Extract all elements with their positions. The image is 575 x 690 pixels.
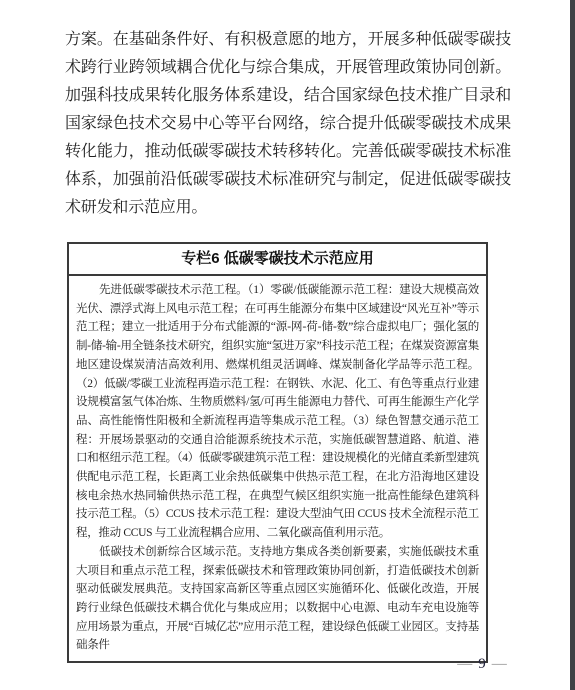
panel-paragraph-2: 低碳技术创新综合区域示范。支持地方集成各类创新要素，实施低碳技术重大项目和重点示… <box>76 543 479 655</box>
page-footer: —9— <box>452 656 512 673</box>
page-number-dash-right: — <box>492 656 507 672</box>
body-paragraph: 方案。在基础条件好、有积极意愿的地方，开展多种低碳零碳技术跨行业跨领域耦合优化与… <box>65 26 511 222</box>
page-edge-bar <box>570 0 575 690</box>
page-number: 9 <box>478 656 486 672</box>
panel-paragraph-1: 先进低碳零碳技术示范工程。（1）零碳/低碳能源示范工程：建设大规模高效光伏、漂浮… <box>76 281 479 543</box>
page-number-dash-left: — <box>457 656 472 672</box>
document-page: 方案。在基础条件好、有积极意愿的地方，开展多种低碳零碳技术跨行业跨领域耦合优化与… <box>0 0 575 690</box>
panel-column-6: 专栏6 低碳零碳技术示范应用 先进低碳零碳技术示范工程。（1）零碳/低碳能源示范… <box>67 242 488 663</box>
panel-title: 专栏6 低碳零碳技术示范应用 <box>69 244 486 276</box>
panel-body: 先进低碳零碳技术示范工程。（1）零碳/低碳能源示范工程：建设大规模高效光伏、漂浮… <box>69 276 486 661</box>
